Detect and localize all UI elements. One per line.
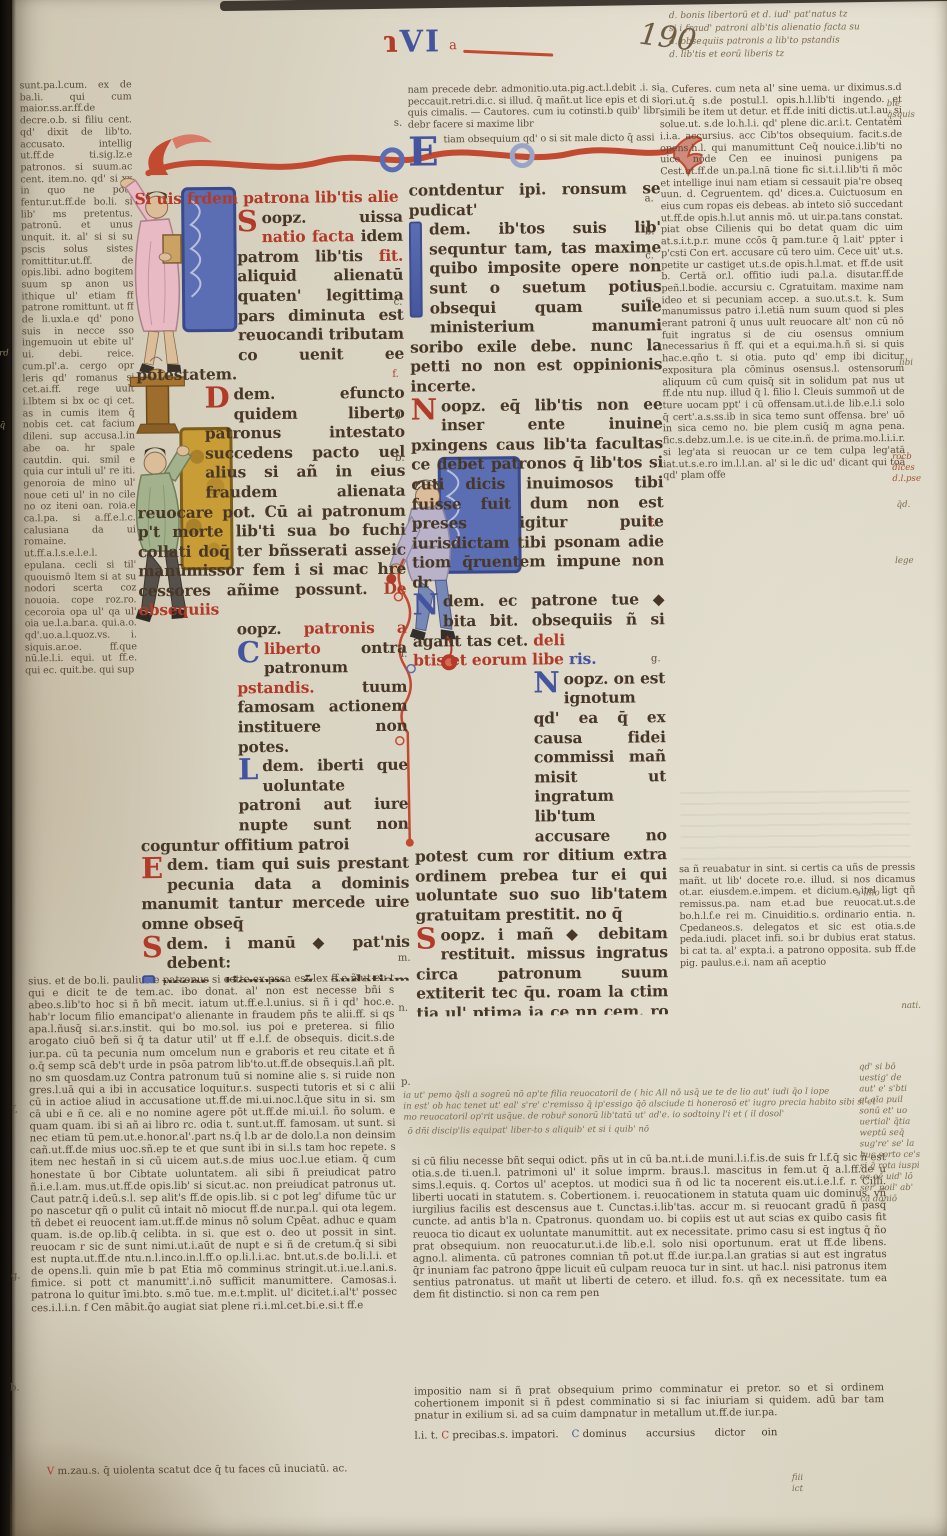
figure2-wrap-spacer <box>139 619 239 816</box>
initial-N-blue-2: N <box>533 669 564 695</box>
initial-E-blue-flourished: E <box>408 134 444 169</box>
column2-law-6: oopz. Si mañ ◆ debitam restituit. missus… <box>416 923 669 1017</box>
gutter-right-g: g. <box>651 653 661 664</box>
bottom-cursive-note: ia ut' pemo q̄sli a sogreū nō ap'te fili… <box>403 1086 881 1124</box>
figure1-wrap-spacer <box>135 208 238 359</box>
bottom-cursive-note-2: ō dñi discip'lis equipat' liber-to s ali… <box>408 1123 828 1138</box>
main-column-1: Si uis frdem patrona lib'tis alie oopz. … <box>135 187 411 984</box>
column2-law-2: dem. Lib'tos suis lib' sequntur tam, tas… <box>409 217 663 396</box>
column1-rubric: Si uis frdem patrona lib'tis alie <box>135 187 403 209</box>
initial-L-blue: L <box>238 756 262 782</box>
left-gloss-footer: V m.zau.s. q̄ uiolenta scatut dce q̄ tu … <box>47 1463 377 1482</box>
initial-I-bar-blue: I <box>142 975 156 983</box>
initial-S-red: S <box>237 208 262 234</box>
gutter-letter-c: c. <box>394 297 403 308</box>
initial-S-red-3: S <box>416 925 441 951</box>
header-book-numeral: ɿVI <box>383 24 441 60</box>
initial-C-blue: C <box>237 639 264 665</box>
column2-line-1: contdentur ipi. ronsum se pudicat' <box>408 178 660 220</box>
gutter-right-c2: c. <box>646 294 655 305</box>
column2-rubric: btis et eorum libe ris. <box>413 648 665 670</box>
header-paraph: ɿ <box>383 25 400 60</box>
initial-E-red: E <box>141 855 167 881</box>
bottom-tail-line: l.i. t. C precibas.s. impatori. C dominu… <box>414 1426 884 1447</box>
bottom-final-gloss: impositio nam si ñ prat obsequium primo … <box>414 1382 884 1429</box>
figure3-wrap-spacer <box>413 669 535 846</box>
margin-note-rocb: rocb dices d.l.pse <box>892 452 921 485</box>
initial-D-red: D <box>204 384 233 410</box>
gutter-right-b: b. <box>645 226 655 237</box>
gutter-letter-n: n. <box>398 1003 408 1014</box>
column2-top-gloss: nam precede debr. admonitio.uta.pig.act.… <box>408 82 660 132</box>
initial-N-blue: N <box>412 592 443 618</box>
initial-S-red-2: S <box>142 934 167 960</box>
showthrough-faint-text <box>680 788 911 860</box>
gutter-letter-p: p. <box>401 1077 411 1088</box>
farleft-letter-f: f. <box>11 1104 18 1115</box>
right-gloss-upper: a. Cuferes. cum neta al' sine uema. ur d… <box>660 82 909 786</box>
gutter-right-a: a. <box>645 193 654 204</box>
main-column-2: nam precede debr. admonitio.uta.pig.act.… <box>408 82 669 1016</box>
column1-law-5: dem. Etiam qui suis prestant pecunia dat… <box>141 853 410 934</box>
bottom-center-gloss: si cū filiu necesse bñt sequi odict. pñs… <box>412 1152 888 1333</box>
margin-note-q: q̄ <box>0 421 5 432</box>
margin-note-bie: bie q̄squis <box>887 99 915 121</box>
left-gloss-lower: sius. et de bo.li. paulius.e patronus si… <box>28 973 399 1462</box>
initial-N-red: N <box>411 396 442 422</box>
header-flourish <box>463 50 553 57</box>
tail-paraph-blue: C <box>572 1429 580 1440</box>
margin-note-sillio: s illio <box>856 888 879 899</box>
gutter-letter-b: b. <box>395 453 405 464</box>
margin-note-lege: lege <box>895 556 914 567</box>
margin-note-fiii: fiii ict <box>792 1473 803 1495</box>
margin-note-qd: q̄d. <box>897 500 911 511</box>
farleft-letter-g: g. <box>11 1270 21 1281</box>
right-gloss-lower: sa ñ reuabatur in sint. si certis ca uñs… <box>679 862 916 1012</box>
column1-law-6: dem. Si manū ◆ pat'nis debent: <box>142 931 410 973</box>
margin-note-nati: nati. <box>901 1001 921 1012</box>
farleft-letter-b: b. <box>10 1382 20 1393</box>
gutter-letter-g: g. <box>395 409 405 420</box>
top-right-annotation: d. bonis libertorū et d. iud' pat'natus … <box>669 8 931 63</box>
gutter-right-f: f. <box>650 518 657 529</box>
initial-L-bar-blue: L <box>409 222 423 318</box>
margin-cursive-column: qd' si bō uestig' de aut' e' s'bti et aī… <box>859 1062 944 1206</box>
column2-law-3: oopz. Neq̄ lib'tis non ee inser ente inu… <box>411 394 665 592</box>
gutter-letter-s: s. <box>394 118 402 129</box>
book-numeral: VI <box>400 24 442 59</box>
tail-paraph-red: C <box>441 1430 449 1441</box>
column2-gloss-initial-line: Etiam obsequium qd' o si sit male dicto … <box>408 132 660 180</box>
gutter-letter-l: l. <box>401 649 407 660</box>
footer-paraph: V <box>47 1466 58 1477</box>
column2-law-4: dem. Nec patrone tue ◆ bita bit. obsequi… <box>412 590 665 651</box>
gutter-letter-m: m. <box>398 953 411 964</box>
gutter-letter-f: f. <box>392 369 399 380</box>
manuscript-photo: ɿVI a 190 d. bonis libertorū et d. iud' … <box>0 0 947 1536</box>
margin-note-rd: rd <box>0 349 9 360</box>
pedestal-wrap-spacer <box>136 385 205 486</box>
page-content: ɿVI a 190 d. bonis libertorū et d. iud' … <box>0 0 947 1536</box>
header-mark: a <box>449 38 457 53</box>
gutter-right-c: c. <box>645 250 654 261</box>
margin-note-libi: libi <box>899 358 913 369</box>
